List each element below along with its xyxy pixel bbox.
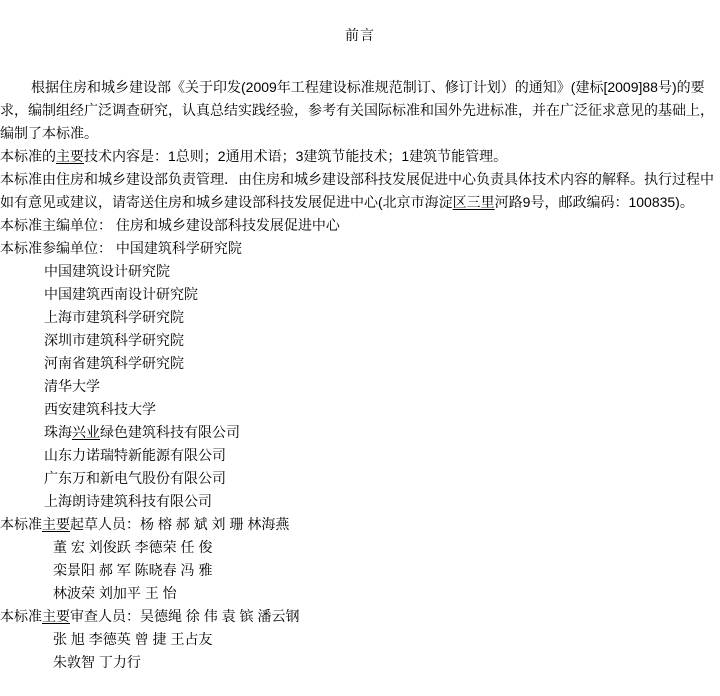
- text-segment: 本标准: [0, 516, 42, 532]
- text-segment: 如有意见或建议，请寄送住房和城乡建设部科技发展促进中心(北京市海淀: [0, 194, 453, 210]
- text-segment: 深圳市建筑科学研究院: [44, 332, 184, 348]
- text-segment: 珠海: [44, 424, 72, 440]
- text-line: 本标准主要审查人员：吴德绳 徐 伟 袁 镔 潘云钢: [0, 605, 720, 628]
- text-line: 编制了本标准。: [0, 122, 720, 145]
- underlined-text-segment: 兴业: [72, 424, 100, 440]
- text-line: 山东力诺瑞特新能源有限公司: [0, 444, 720, 467]
- text-line: 朱敦智 丁力行: [0, 651, 720, 674]
- text-segment: 中国建筑设计研究院: [44, 263, 170, 279]
- text-segment: 根据住房和城乡建设部《关于印发(2009年工程建设标准规范制订、修订计划）的通知…: [31, 79, 705, 95]
- text-segment: 董 宏 刘俊跃 李德荣 任 俊: [53, 539, 212, 555]
- text-line: 本标准主编单位： 住房和城乡建设部科技发展促进中心: [0, 214, 720, 237]
- text-line: 张 旭 李德英 曾 捷 王占友: [0, 628, 720, 651]
- text-segment: 起草人员：杨 榕 郝 斌 刘 珊 林海燕: [70, 516, 289, 532]
- text-segment: 清华大学: [44, 378, 100, 394]
- text-line: 本标准由住房和城乡建设部负责管理．由住房和城乡建设部科技发展促进中心负责具体技术…: [0, 168, 720, 191]
- text-line: 中国建筑西南设计研究院: [0, 283, 720, 306]
- text-line: 上海朗诗建筑科技有限公司: [0, 490, 720, 513]
- text-line: 本标准主要起草人员：杨 榕 郝 斌 刘 珊 林海燕: [0, 513, 720, 536]
- underlined-text-segment: 主要: [42, 516, 70, 532]
- text-line: 广东万和新电气股份有限公司: [0, 467, 720, 490]
- underlined-text-segment: 主要: [56, 148, 84, 164]
- text-line: 西安建筑科技大学: [0, 398, 720, 421]
- text-segment: 审查人员：吴德绳 徐 伟 袁 镔 潘云钢: [70, 608, 299, 624]
- text-segment: 中国建筑西南设计研究院: [44, 286, 198, 302]
- text-segment: 本标准的: [0, 148, 56, 164]
- text-segment: 求，编制组经广泛调查研究，认真总结实践经验，参考有关国际标准和国外先进标准，并在…: [0, 102, 714, 118]
- text-segment: 朱敦智 丁力行: [53, 654, 141, 670]
- document-title: 前言: [0, 24, 720, 47]
- text-segment: 河南省建筑科学研究院: [44, 355, 184, 371]
- text-line: 深圳市建筑科学研究院: [0, 329, 720, 352]
- text-segment: 技术内容是：1总则；2通用术语；3建筑节能技术；1建筑节能管理。: [84, 148, 507, 164]
- text-segment: 本标准: [0, 608, 42, 624]
- text-line: 中国建筑设计研究院: [0, 260, 720, 283]
- text-line: 本标准参编单位： 中国建筑科学研究院: [0, 237, 720, 260]
- underlined-text-segment: 主要: [42, 608, 70, 624]
- text-segment: 河路9号，邮政编码：100835)。: [495, 194, 694, 210]
- text-line: 本标准的主要技术内容是：1总则；2通用术语；3建筑节能技术；1建筑节能管理。: [0, 145, 720, 168]
- text-line: 珠海兴业绿色建筑科技有限公司: [0, 421, 720, 444]
- text-segment: 广东万和新电气股份有限公司: [44, 470, 226, 486]
- text-line: 求，编制组经广泛调查研究，认真总结实践经验，参考有关国际标准和国外先进标准，并在…: [0, 99, 720, 122]
- text-line: 栾景阳 郝 军 陈晓春 冯 雅: [0, 559, 720, 582]
- text-line: 如有意见或建议，请寄送住房和城乡建设部科技发展促进中心(北京市海淀区三里河路9号…: [0, 191, 720, 214]
- text-line: 上海市建筑科学研究院: [0, 306, 720, 329]
- text-segment: 本标准主编单位： 住房和城乡建设部科技发展促进中心: [0, 217, 340, 233]
- text-segment: 本标准由住房和城乡建设部负责管理．由住房和城乡建设部科技发展促进中心负责具体技术…: [0, 171, 714, 187]
- text-segment: 上海朗诗建筑科技有限公司: [44, 493, 212, 509]
- text-line: 河南省建筑科学研究院: [0, 352, 720, 375]
- text-segment: 张 旭 李德英 曾 捷 王占友: [53, 631, 212, 647]
- text-line: 董 宏 刘俊跃 李德荣 任 俊: [0, 536, 720, 559]
- document-page: 前言 根据住房和城乡建设部《关于印发(2009年工程建设标准规范制订、修订计划）…: [0, 0, 720, 696]
- text-segment: 林波荣 刘加平 王 怡: [53, 585, 177, 601]
- text-segment: 上海市建筑科学研究院: [44, 309, 184, 325]
- text-line: 清华大学: [0, 375, 720, 398]
- text-segment: 山东力诺瑞特新能源有限公司: [44, 447, 226, 463]
- underlined-text-segment: 区三里: [453, 194, 495, 210]
- text-line: 根据住房和城乡建设部《关于印发(2009年工程建设标准规范制订、修订计划）的通知…: [0, 76, 720, 99]
- text-segment: 本标准参编单位： 中国建筑科学研究院: [0, 240, 242, 256]
- text-segment: 西安建筑科技大学: [44, 401, 156, 417]
- text-segment: 栾景阳 郝 军 陈晓春 冯 雅: [53, 562, 212, 578]
- document-body: 根据住房和城乡建设部《关于印发(2009年工程建设标准规范制订、修订计划）的通知…: [0, 76, 720, 674]
- text-segment: 编制了本标准。: [0, 125, 98, 141]
- text-segment: 绿色建筑科技有限公司: [100, 424, 240, 440]
- text-line: 林波荣 刘加平 王 怡: [0, 582, 720, 605]
